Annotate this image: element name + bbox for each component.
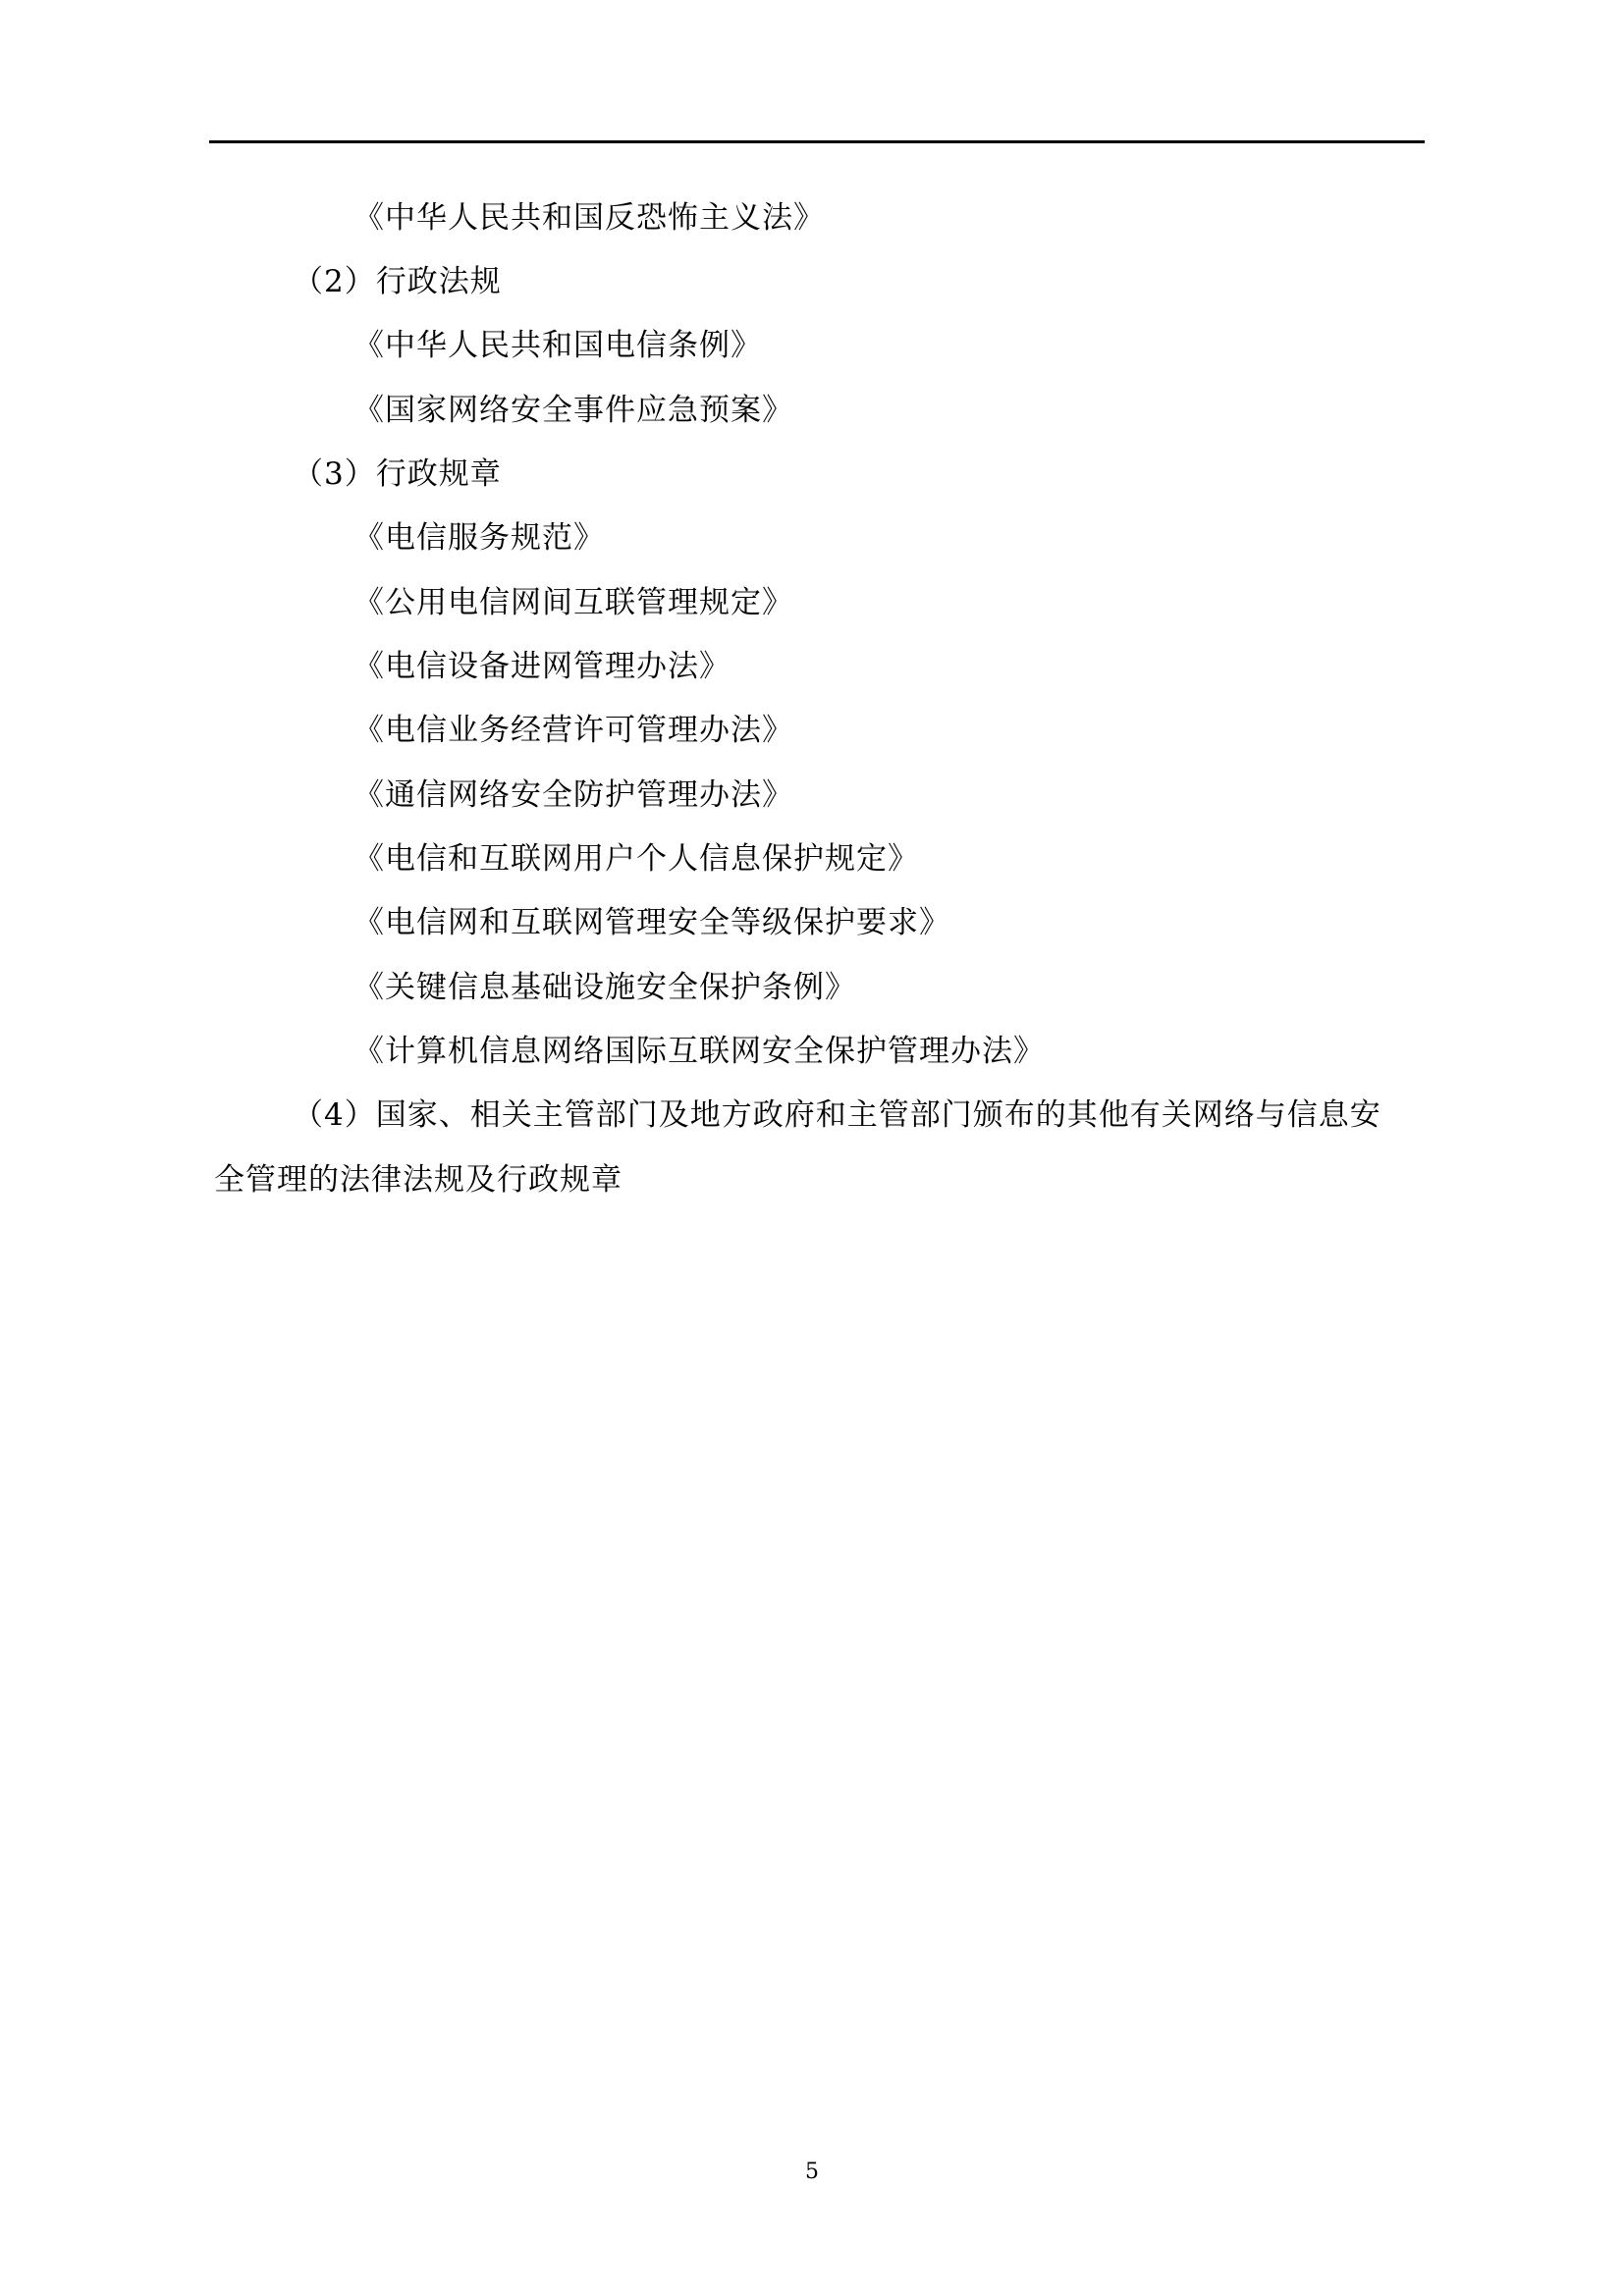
law-item: 《电信设备进网管理办法》 [353, 647, 731, 686]
section-heading: （4）国家、相关主管部门及地方政府和主管部门颁布的其他有关网络与信息安 [293, 1095, 1381, 1135]
header-rule [209, 140, 1425, 143]
law-item: 《关键信息基础设施安全保护条例》 [353, 968, 856, 1007]
paragraph-continuation: 全管理的法律法规及行政规章 [214, 1160, 623, 1200]
law-item: 《电信和互联网用户个人信息保护规定》 [353, 839, 919, 879]
law-item: 《中华人民共和国电信条例》 [353, 326, 762, 365]
law-item: 《电信服务规范》 [353, 518, 605, 558]
section-heading: （3）行政规章 [293, 454, 502, 494]
law-item: 《公用电信网间互联管理规定》 [353, 583, 793, 622]
law-item: 《通信网络安全防护管理办法》 [353, 775, 793, 815]
page-number: 5 [0, 2160, 1624, 2184]
law-item: 《电信业务经营许可管理办法》 [353, 711, 793, 750]
law-item: 《计算机信息网络国际互联网安全保护管理办法》 [353, 1032, 1045, 1071]
law-item: 《中华人民共和国反恐怖主义法》 [353, 198, 825, 238]
law-item: 《国家网络安全事件应急预案》 [353, 391, 793, 430]
section-heading: （2）行政法规 [293, 262, 502, 301]
law-item: 《电信网和互联网管理安全等级保护要求》 [353, 903, 950, 942]
